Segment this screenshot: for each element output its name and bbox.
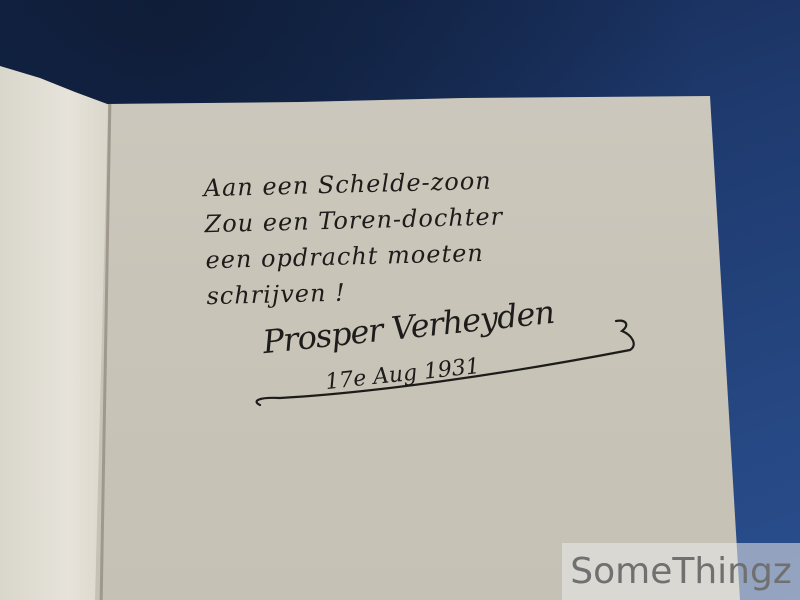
handwritten-inscription: Aan een Schelde-zoon Zou een Toren-docht… [203,160,607,314]
watermark: SomeThingz [562,543,800,600]
watermark-text: SomeThingz [570,551,791,592]
signature-flourish-icon [250,305,640,415]
